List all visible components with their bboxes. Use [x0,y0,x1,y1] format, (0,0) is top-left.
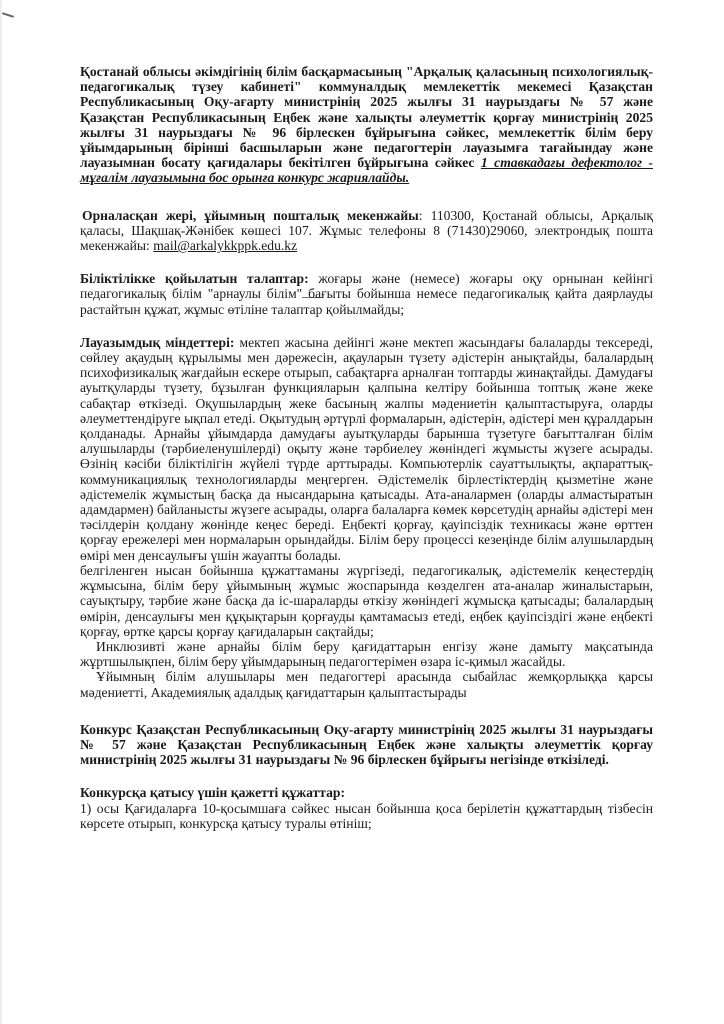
scan-edge [0,0,3,1024]
required-documents-item-1: 1) осы Қағидаларға 10-қосымшаға сәйкес н… [80,801,653,831]
spacer [80,186,653,208]
spacer [80,700,653,722]
intro-paragraph: Қостанай облысы әкімдігінің білім басқар… [80,64,653,186]
spacer [80,253,653,271]
duties-paragraph-3: Инклюзивті және арнайы білім беру қағида… [80,639,653,669]
scan-artifact-mark [2,12,14,18]
duties-label: Лауазымдық міндеттері: [80,335,234,350]
duties-text: мектеп жасына дейінгі және мектеп жасынд… [80,335,653,563]
duties-paragraph: Лауазымдық міндеттері: мектеп жасына дей… [80,335,653,563]
spacer [80,767,653,785]
required-documents-heading: Конкурсқа қатысу үшін қажетті құжаттар: [80,785,653,800]
duties-paragraph-4: Ұйымның білім алушылары мен педагогтері … [80,669,653,699]
qualifications-label: Біліктілікке қойылатын талаптар: [80,271,309,286]
email-link[interactable]: mail@arkalykkppk.edu.kz [153,238,297,253]
address-paragraph: Орналасқан жері, ұйымның пошталық мекенж… [80,208,653,254]
address-label: Орналасқан жері, ұйымның пошталық мекенж… [82,208,419,223]
document-page: Қостанай облысы әкімдігінің білім басқар… [80,64,653,831]
spacer [80,317,653,335]
duties-paragraph-2: белгіленген нысан бойынша құжаттаманы жү… [80,563,653,639]
qualifications-paragraph: Біліктілікке қойылатын талаптар: жоғары … [80,271,653,317]
competition-basis-paragraph: Конкурс Қазақстан Республикасының Оқу-ағ… [80,722,653,768]
